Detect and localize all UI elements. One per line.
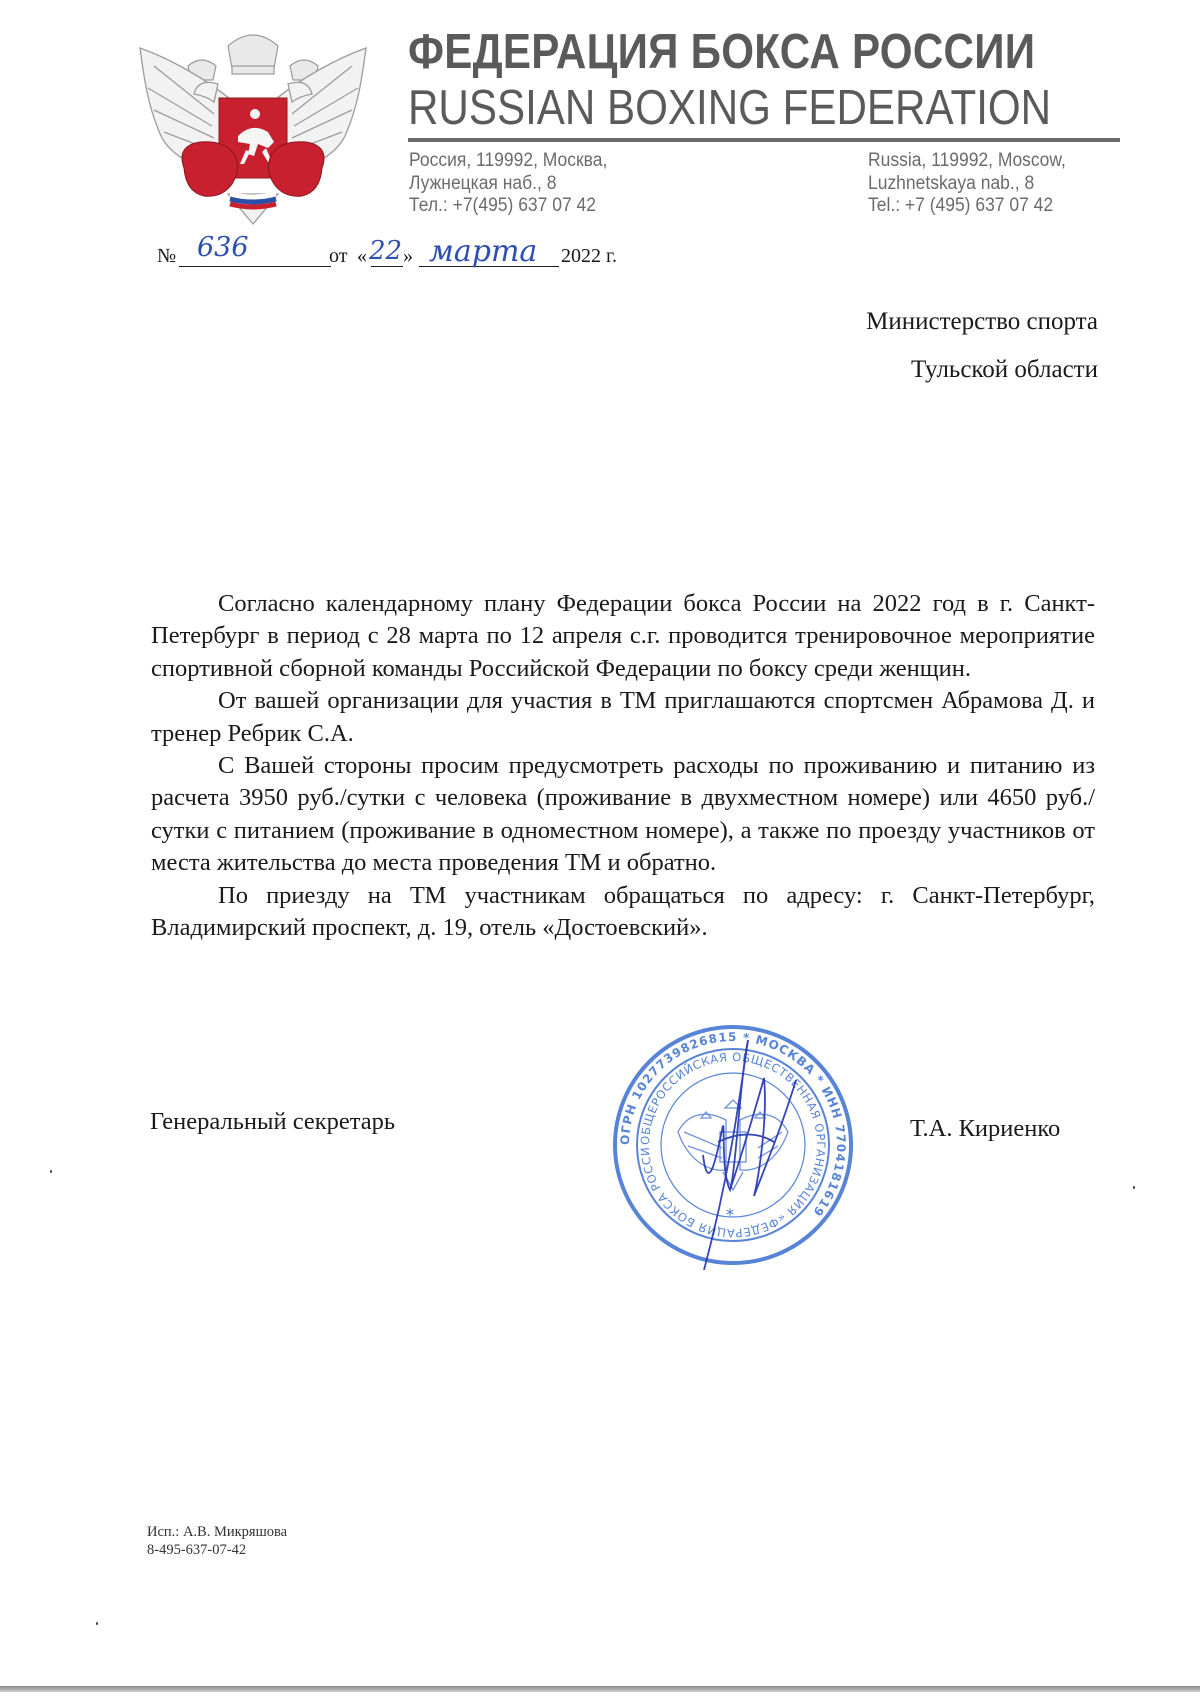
scan-speck	[1133, 1186, 1135, 1189]
registration-day: 22	[369, 236, 402, 266]
number-label: №	[157, 245, 176, 268]
body-paragraph: С Вашей стороны просим предусмотреть рас…	[151, 750, 1095, 880]
letter-body: Согласно календарному плану Федерации бо…	[151, 588, 1095, 944]
executor-phone: 8-495-637-07-42	[147, 1542, 287, 1560]
phone-en: Tel.: +7 (495) 637 07 42	[868, 195, 1066, 218]
address-ru-line: Россия, 119992, Москва,	[409, 150, 607, 173]
day-underline	[371, 266, 403, 267]
address-ru-line: Лужнецкая наб., 8	[409, 173, 607, 196]
phone-ru: Тел.: +7(495) 637 07 42	[409, 195, 607, 218]
addressee-line-1: Министерство спорта	[866, 298, 1098, 346]
svg-text:*: *	[726, 1205, 734, 1224]
registration-line: № 636 от « 22 » марта 2022 г.	[157, 240, 677, 272]
date-prefix: от	[329, 245, 347, 268]
scan-page-edge	[0, 1686, 1200, 1692]
address-en: Russia, 119992, Moscow, Luzhnetskaya nab…	[868, 150, 1066, 218]
eagle-emblem-icon	[118, 18, 388, 228]
day-close-quote: »	[403, 245, 413, 268]
addressee: Министерство спорта Тульской области	[866, 298, 1098, 394]
body-paragraph: По приезду на ТМ участникам обращаться п…	[151, 880, 1095, 945]
stamp-seal-icon: ОГРН 1027739826815 * МОСКВА * ИНН 770418…	[608, 1020, 858, 1270]
number-underline	[179, 266, 331, 267]
registration-number: 636	[197, 232, 249, 263]
executor-info: Исп.: А.В. Микряшова 8-495-637-07-42	[147, 1524, 287, 1559]
federation-emblem	[118, 18, 388, 228]
federation-name-en: RUSSIAN BOXING FEDERATION	[408, 82, 1027, 134]
signatory-name: Т.А. Кириенко	[910, 1115, 1060, 1143]
day-open-quote: «	[357, 245, 367, 268]
body-paragraph: От вашей организации для участия в ТМ пр…	[151, 685, 1095, 750]
executor-name: Исп.: А.В. Микряшова	[147, 1524, 287, 1542]
address-ru: Россия, 119992, Москва, Лужнецкая наб., …	[409, 150, 607, 218]
address-en-line: Luzhnetskaya nab., 8	[868, 173, 1066, 196]
registration-month: марта	[429, 234, 537, 269]
scan-speck	[50, 1170, 52, 1173]
address-en-line: Russia, 119992, Moscow,	[868, 150, 1066, 173]
body-paragraph: Согласно календарному плану Федерации бо…	[151, 588, 1095, 685]
registration-year: 2022 г.	[561, 245, 617, 268]
official-stamp: ОГРН 1027739826815 * МОСКВА * ИНН 770418…	[608, 1020, 858, 1270]
federation-name-ru: ФЕДЕРАЦИЯ БОКСА РОССИИ	[408, 26, 1027, 78]
scan-speck	[96, 1622, 98, 1625]
signatory-position: Генеральный секретарь	[150, 1108, 395, 1136]
addressee-line-2: Тульской области	[866, 346, 1098, 394]
letterhead-divider	[408, 138, 1120, 142]
